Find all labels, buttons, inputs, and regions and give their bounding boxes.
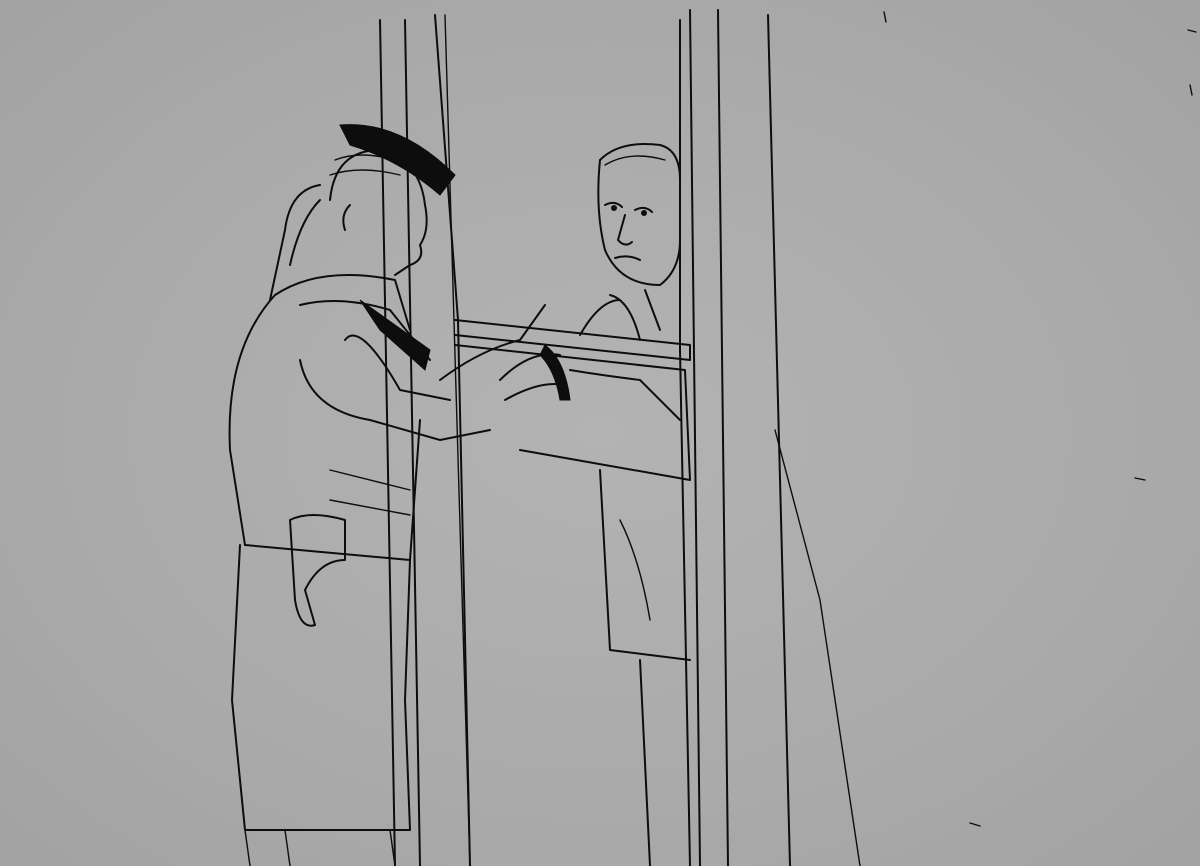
man-figure: [540, 144, 690, 866]
officer-figure: [230, 125, 565, 866]
stray-marks: [884, 12, 1196, 826]
sketch-canvas: [0, 0, 1200, 866]
holster-icon: [290, 515, 345, 626]
ink-drawing: [0, 0, 1200, 866]
cap-icon: [340, 125, 455, 195]
